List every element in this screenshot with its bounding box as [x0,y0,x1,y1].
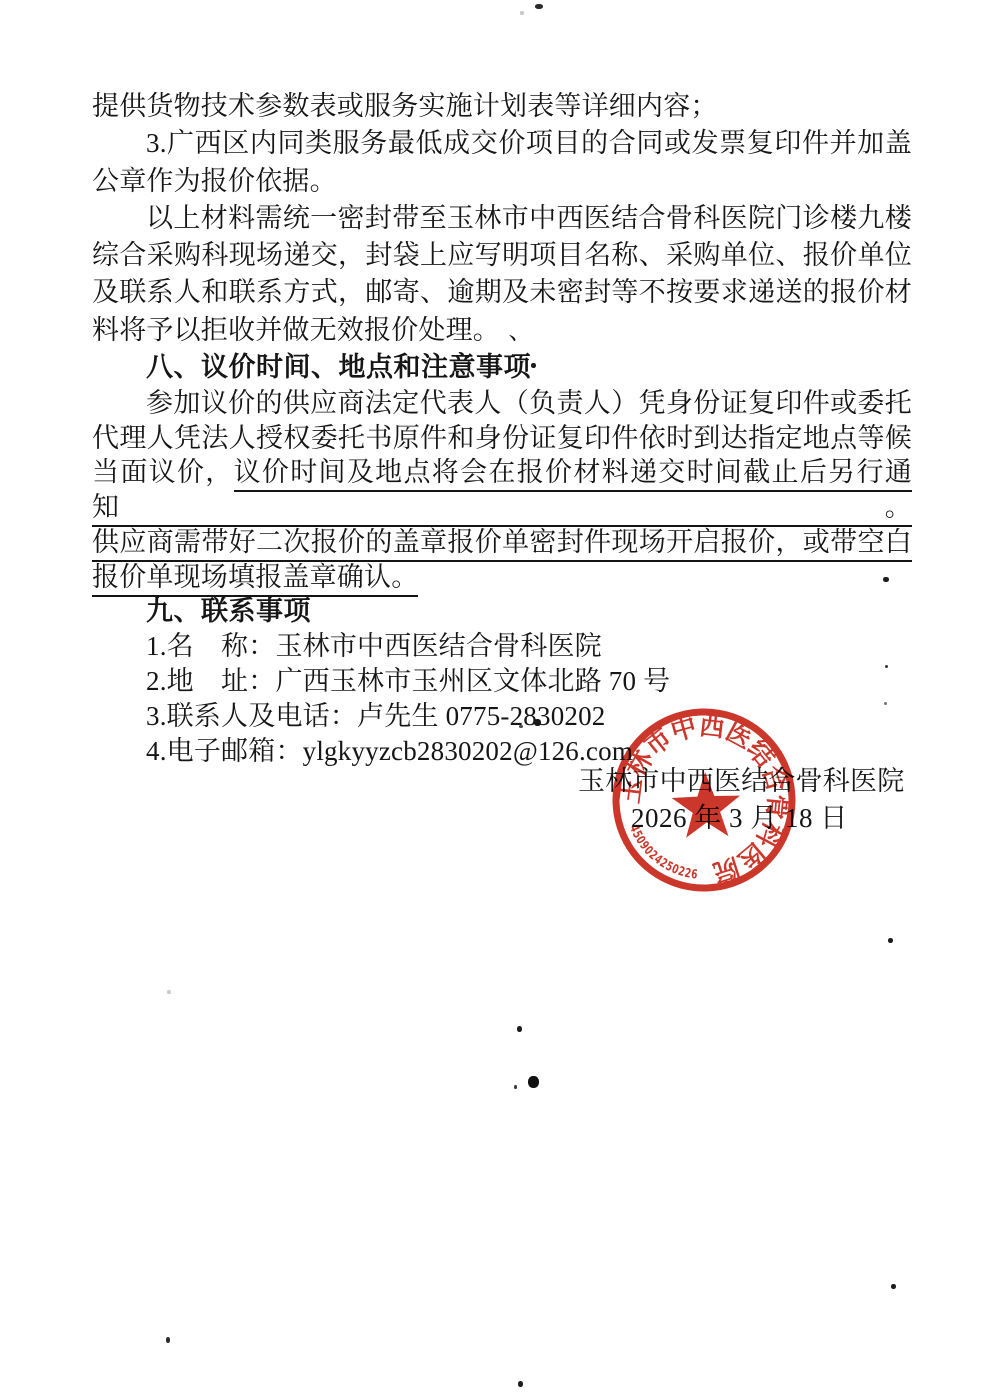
scan-speck [884,702,887,705]
text-run: 九、联系事项 [146,596,311,627]
text-run: 3.联系人及电话：卢先生 0775-2830202 [146,701,606,731]
scan-speck [883,577,889,582]
star-icon [671,771,742,838]
underlined-text-run: 供应商需带好二次报价的盖章报价单密封件现场开启报价，或带空白 [92,527,912,562]
text-run: 以上材料需统一密封带至玉林市中西医结合骨科医院门诊楼九楼 [146,203,912,233]
text-line: 代理人凭法人授权委托书原件和身份证复印件依时到达指定地点等候 [92,421,912,456]
underlined-text-run: 报价单现场填报盖章确认。 [92,562,418,597]
scan-speck [518,1381,523,1387]
text-run: 2.地 址：广西玉林市玉州区文体北路 70 号 [146,666,670,696]
text-line: 1.名 称：玉林市中西医结合骨科医院 [92,629,912,664]
scan-speck [535,4,543,9]
scan-speck [885,665,888,668]
text-run: 八、议价时间、地点和注意事项 [146,352,531,383]
section-heading: 八、议价时间、地点和注意事项 [92,351,912,386]
official-seal: 玉林市中西医结合骨科医院 4509024250226 [590,686,818,914]
scan-speck [514,1085,517,1089]
scan-speck [531,363,536,368]
text-line: 3.广西区内同类服务最低成交价项目的合同或发票复印件并加盖 [92,125,912,162]
scan-speck [534,719,541,726]
text-line: 报价单现场填报盖章确认。 [92,560,912,595]
text-run: 参加议价的供应商法定代表人（负责人）凭身份证复印件或委托 [146,388,912,418]
text-run: 代理人凭法人授权委托书原件和身份证复印件依时到达指定地点等候 [92,423,912,453]
text-run: 3.广西区内同类服务最低成交价项目的合同或发票复印件并加盖 [146,128,912,158]
text-line: 及联系人和联系方式，邮寄、逾期及未密封等不按要求递送的报价材 [92,274,912,311]
text-line: 综合采购科现场递交，封袋上应写明项目名称、采购单位、报价单位 [92,237,912,274]
text-run: 及联系人和联系方式，邮寄、逾期及未密封等不按要求递送的报价材 [92,277,912,307]
text-line: 料将予以拒收并做无效报价处理。、 [92,312,912,351]
scanned-page: 提供货物技术参数表或服务实施计划表等详细内容；3.广西区内同类服务最低成交价项目… [0,0,1000,1397]
text-run: 提供货物技术参数表或服务实施计划表等详细内容； [92,91,718,121]
scan-speck [888,938,893,943]
scan-speck [520,11,524,15]
text-run: 料将予以拒收并做无效报价处理。 [92,315,487,345]
text-line: 参加议价的供应商法定代表人（负责人）凭身份证复印件或委托 [92,386,912,421]
scan-speck [528,1076,539,1088]
text-line: 供应商需带好二次报价的盖章报价单密封件现场开启报价，或带空白 [92,525,912,560]
document-body: 提供货物技术参数表或服务实施计划表等详细内容；3.广西区内同类服务最低成交价项目… [92,88,912,769]
text-run: 1.名 称：玉林市中西医结合骨科医院 [146,631,602,661]
scan-speck [891,1284,896,1289]
text-line: 以上材料需统一密封带至玉林市中西医结合骨科医院门诊楼九楼 [92,200,912,237]
stray-pen-mark: 、 [509,319,533,345]
text-run: 公章作为报价依据。 [92,166,337,196]
text-line: 当面议价，议价时间及地点将会在报价材料递交时间截止后另行通知。 [92,455,912,525]
text-line: 提供货物技术参数表或服务实施计划表等详细内容； [92,88,912,125]
text-run: 综合采购科现场递交，封袋上应写明项目名称、采购单位、报价单位 [92,240,912,270]
text-run: 4.电子邮箱：ylgkyyzcb2830202@126.com [146,736,633,766]
scan-speck [167,990,171,994]
section-heading: 九、联系事项 [92,595,912,630]
text-run: 当面议价， [92,457,234,487]
scan-speck [517,1026,522,1032]
scan-speck [166,1337,170,1343]
scan-speck [519,725,523,728]
text-line: 公章作为报价依据。 [92,163,912,200]
